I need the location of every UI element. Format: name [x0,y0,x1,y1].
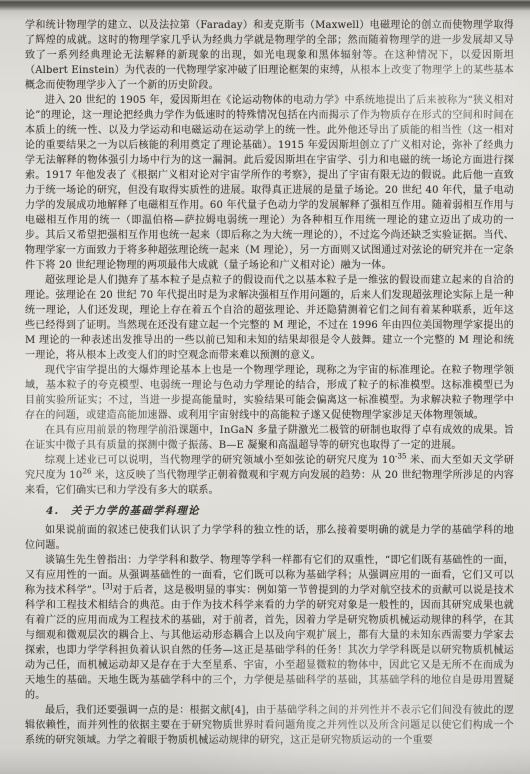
scan-edge-top [0,0,530,9]
paragraph: 最后，我们还要强调一点的是：根据文献[4]，由于基础学科之间的并列性并不表示它们… [25,703,514,748]
text-run: 进入 20 世纪的 1905 年，爱因斯坦在《论运动物体的电动力学》中系统地提出… [25,95,514,271]
text-run: 米，这反映了当代物理学正朝着微观和宇观方向发展的趋势：从 20 世纪物理学所涉足… [25,470,514,496]
paragraph: 谈镐生先生曾指出：力学学科和数学、物理等学科一样都有它们的双重性，“即它们既有基… [25,553,514,703]
superscript-note: -35 [395,453,406,461]
paragraph: 超弦理论是人们抛弃了基本粒子是点粒子的假设而代之以基本粒子是一维弦的假设而建立起… [25,273,514,363]
paragraph: 综观上述业已可以说明，当代物理学的研究领域小至如弦论的研究尺度为 10-35 米… [25,453,514,498]
text-run: 对于后者，这是极明显的事实：例如第一节曾提到的力学对航空技术的贡献可以说是技术科… [25,585,514,701]
text-run: 4. 关于力学的基础学科理论 [46,505,200,517]
text-run: 综观上述业已可以说明，当代物理学的研究领域小至如弦论的研究尺度为 10 [45,455,395,466]
paragraph: 学和统计物理学的建立、以及法拉第（Faraday）和麦克斯韦（Maxwell）电… [25,18,514,93]
text-run: 现代宇宙学提出的大爆炸理论基本上也是一个物理学理论，现称之为宇宙的标准理论。在粒… [25,365,514,421]
paragraph: 如果说前面的叙述已使我们认识了力学学科的独立性的话，那么接着要明确的就是力学的基… [25,523,514,553]
paragraph: 现代宇宙学提出的大爆炸理论基本上也是一个物理学理论，现称之为宇宙的标准理论。在粒… [25,363,514,423]
text-run: 学和统计物理学的建立、以及法拉第（Faraday）和麦克斯韦（Maxwell）电… [25,20,514,91]
superscript-note: [3] [103,583,113,591]
text-run: 在具有应用前景的物理学前沿课题中，InGaN 多量子阱激光二极管的研制也取得了卓… [25,425,514,451]
text-run: 超弦理论是人们抛弃了基本粒子是点粒子的假设而代之以基本粒子是一维弦的假设而建立起… [25,275,514,361]
paragraph: 在具有应用前景的物理学前沿课题中，InGaN 多量子阱激光二极管的研制也取得了卓… [25,423,514,453]
text-run: 最后，我们还要强调一点的是：根据文献[4]，由于基础学科之间的并列性并不表示它们… [25,705,514,746]
section-heading: 4. 关于力学的基础学科理论 [25,504,514,519]
text-run: 如果说前面的叙述已使我们认识了力学学科的独立性的话，那么接着要明确的就是力学的基… [25,525,514,551]
scanned-page: 学和统计物理学的建立、以及法拉第（Faraday）和麦克斯韦（Maxwell）电… [0,0,530,774]
document-text: 学和统计物理学的建立、以及法拉第（Faraday）和麦克斯韦（Maxwell）电… [25,18,514,748]
paragraph: 进入 20 世纪的 1905 年，爱因斯坦在《论运动物体的电动力学》中系统地提出… [25,93,514,273]
